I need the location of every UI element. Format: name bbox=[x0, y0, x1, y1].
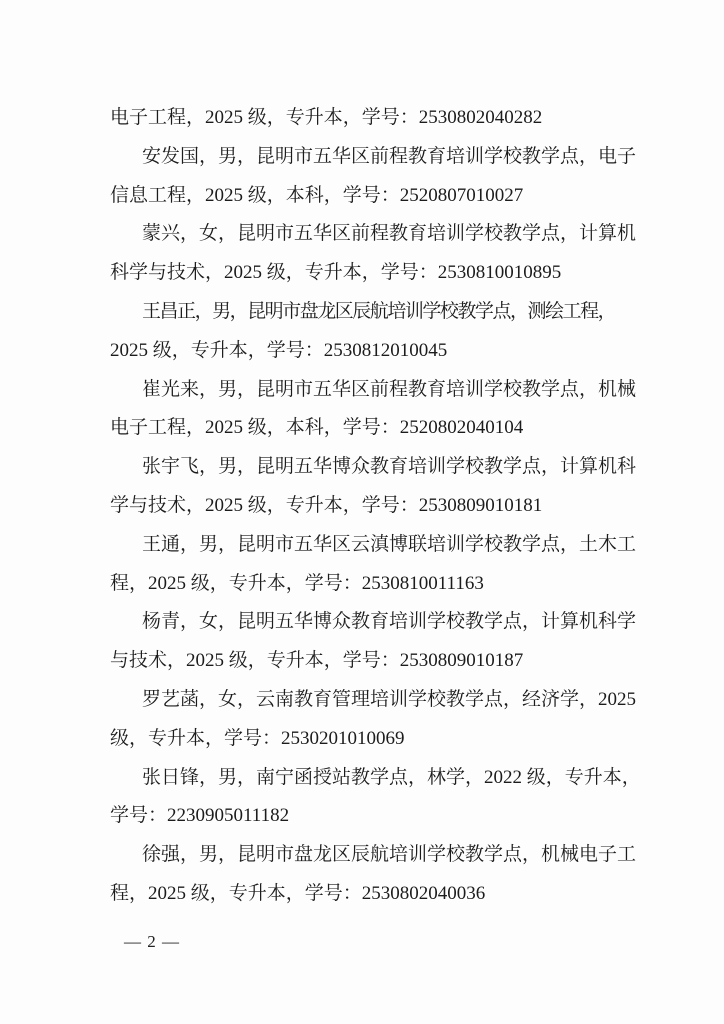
page-number: — 2 — bbox=[124, 930, 180, 954]
record-line: 王昌正，男，昆明市盘龙区辰航培训学校教学点，测绘工程， bbox=[110, 293, 615, 332]
record-line: 电子工程，2025 级，本科，学号：2520802040104 bbox=[110, 409, 615, 448]
record-line: 王通，男，昆明市五华区云滇博联培训学校教学点，土木工 bbox=[110, 526, 615, 565]
record-line: 杨青，女，昆明五华博众教育培训学校教学点，计算机科学 bbox=[110, 603, 615, 642]
record-line: 徐强，男，昆明市盘龙区辰航培训学校教学点，机械电子工 bbox=[110, 836, 615, 875]
record-line: 2025 级，专升本，学号：2530812010045 bbox=[110, 332, 615, 371]
document-page: 电子工程，2025 级，专升本，学号：2530802040282 安发国，男，昆… bbox=[0, 0, 724, 1024]
record-line: 科学与技术，2025 级，专升本，学号：2530810010895 bbox=[110, 254, 615, 293]
record-line: 学号：2230905011182 bbox=[110, 797, 615, 836]
record-line-continuation: 电子工程，2025 级，专升本，学号：2530802040282 bbox=[110, 99, 615, 138]
record-line: 程，2025 级，专升本，学号：2530810011163 bbox=[110, 565, 615, 604]
document-body: 电子工程，2025 级，专升本，学号：2530802040282 安发国，男，昆… bbox=[110, 99, 615, 914]
record-line: 与技术，2025 级，专升本，学号：2530809010187 bbox=[110, 642, 615, 681]
record-line: 罗艺菡，女，云南教育管理培训学校教学点，经济学，2025 bbox=[110, 681, 615, 720]
record-line: 崔光来，男，昆明市五华区前程教育培训学校教学点，机械 bbox=[110, 371, 615, 410]
record-line: 张宇飞，男，昆明五华博众教育培训学校教学点，计算机科 bbox=[110, 448, 615, 487]
record-line: 蒙兴，女，昆明市五华区前程教育培训学校教学点，计算机 bbox=[110, 215, 615, 254]
record-line: 学与技术，2025 级，专升本，学号：2530809010181 bbox=[110, 487, 615, 526]
record-line: 张日锋，男，南宁函授站教学点，林学，2022 级，专升本， bbox=[110, 759, 615, 798]
record-line: 信息工程，2025 级，本科，学号：2520807010027 bbox=[110, 177, 615, 216]
record-line: 安发国，男，昆明市五华区前程教育培训学校教学点，电子 bbox=[110, 138, 615, 177]
record-line: 级，专升本，学号：2530201010069 bbox=[110, 720, 615, 759]
record-line: 程，2025 级，专升本，学号：2530802040036 bbox=[110, 875, 615, 914]
